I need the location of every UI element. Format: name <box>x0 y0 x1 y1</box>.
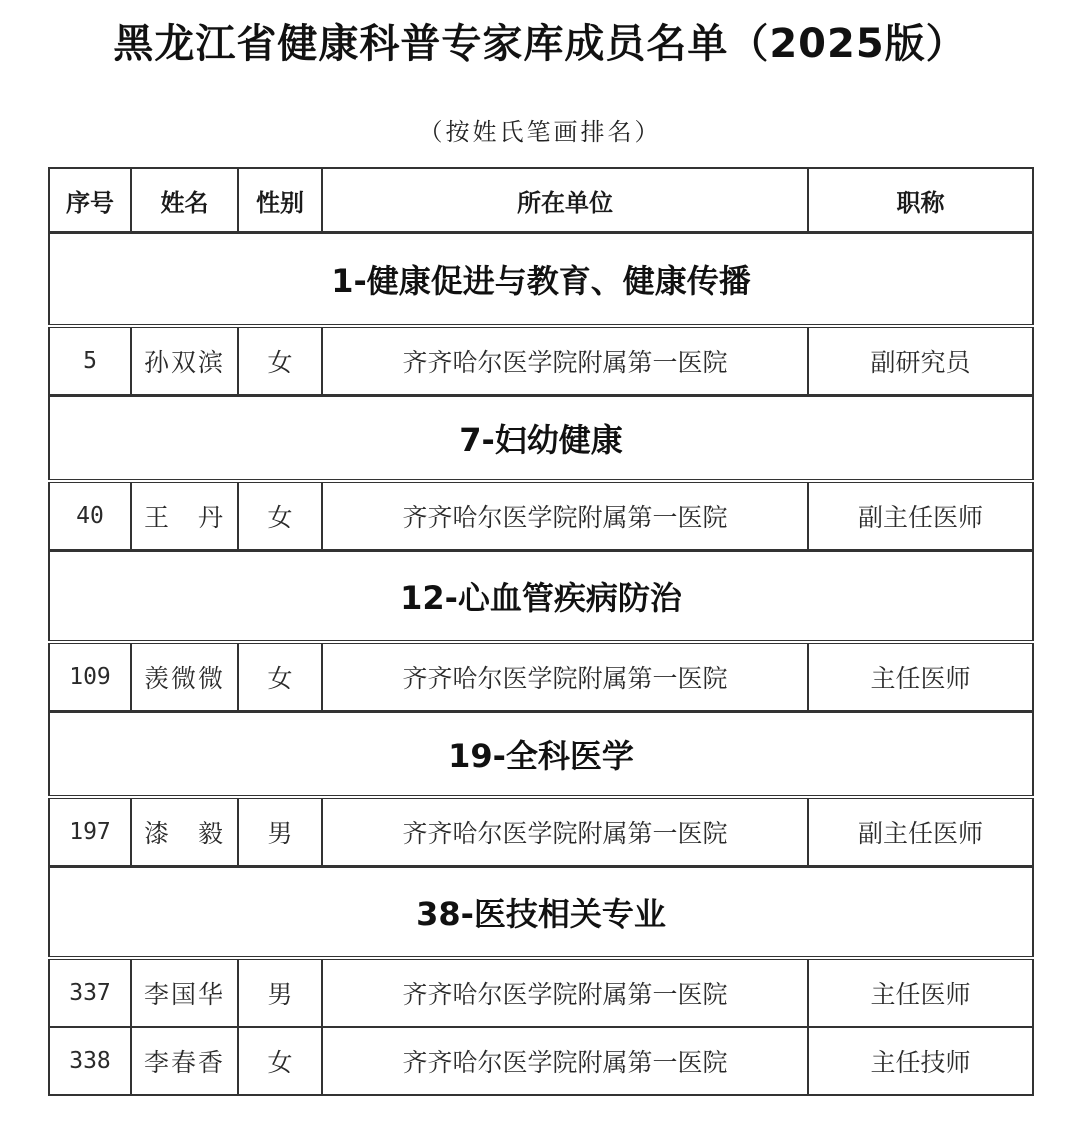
cell-unit: 齐齐哈尔医学院附属第一医院 <box>322 1027 808 1095</box>
cell-unit: 齐齐哈尔医学院附属第一医院 <box>322 481 808 551</box>
cell-index: 337 <box>49 958 131 1027</box>
expert-list-table: 序号 姓名 性别 所在单位 职称 1-健康促进与教育、健康传播5孙双滨女齐齐哈尔… <box>48 167 1034 1096</box>
section-heading-row: 12-心血管疾病防治 <box>49 551 1033 643</box>
section-heading: 7-妇幼健康 <box>49 396 1033 482</box>
cell-name: 漆 毅 <box>131 797 238 867</box>
cell-index: 197 <box>49 797 131 867</box>
table-row: 40王 丹女齐齐哈尔医学院附属第一医院副主任医师 <box>49 481 1033 551</box>
cell-gender: 女 <box>238 326 322 396</box>
cell-name: 李春香 <box>131 1027 238 1095</box>
table-body: 1-健康促进与教育、健康传播5孙双滨女齐齐哈尔医学院附属第一医院副研究员7-妇幼… <box>49 233 1033 1096</box>
cell-gender: 男 <box>238 958 322 1027</box>
cell-unit: 齐齐哈尔医学院附属第一医院 <box>322 797 808 867</box>
section-heading-row: 19-全科医学 <box>49 712 1033 798</box>
section-heading-row: 38-医技相关专业 <box>49 867 1033 959</box>
cell-gender: 男 <box>238 797 322 867</box>
cell-title: 主任医师 <box>808 642 1033 712</box>
header-unit: 所在单位 <box>322 168 808 233</box>
table-header-row: 序号 姓名 性别 所在单位 职称 <box>49 168 1033 233</box>
document-subtitle: （按姓氏笔画排名） <box>0 112 1080 147</box>
cell-index: 109 <box>49 642 131 712</box>
table-row: 5孙双滨女齐齐哈尔医学院附属第一医院副研究员 <box>49 326 1033 396</box>
cell-name: 李国华 <box>131 958 238 1027</box>
document-title: 黑龙江省健康科普专家库成员名单（2025版） <box>0 12 1080 69</box>
cell-index: 338 <box>49 1027 131 1095</box>
header-index: 序号 <box>49 168 131 233</box>
cell-title: 主任医师 <box>808 958 1033 1027</box>
section-heading: 12-心血管疾病防治 <box>49 551 1033 643</box>
cell-gender: 女 <box>238 642 322 712</box>
cell-unit: 齐齐哈尔医学院附属第一医院 <box>322 326 808 396</box>
cell-index: 5 <box>49 326 131 396</box>
table-row: 109羡微微女齐齐哈尔医学院附属第一医院主任医师 <box>49 642 1033 712</box>
header-name: 姓名 <box>131 168 238 233</box>
table-row: 197漆 毅男齐齐哈尔医学院附属第一医院副主任医师 <box>49 797 1033 867</box>
cell-title: 主任技师 <box>808 1027 1033 1095</box>
cell-index: 40 <box>49 481 131 551</box>
section-heading: 38-医技相关专业 <box>49 867 1033 959</box>
cell-name: 孙双滨 <box>131 326 238 396</box>
cell-title: 副主任医师 <box>808 797 1033 867</box>
cell-gender: 女 <box>238 1027 322 1095</box>
cell-unit: 齐齐哈尔医学院附属第一医院 <box>322 642 808 712</box>
cell-title: 副主任医师 <box>808 481 1033 551</box>
cell-title: 副研究员 <box>808 326 1033 396</box>
section-heading-row: 1-健康促进与教育、健康传播 <box>49 233 1033 327</box>
cell-unit: 齐齐哈尔医学院附属第一医院 <box>322 958 808 1027</box>
section-heading-row: 7-妇幼健康 <box>49 396 1033 482</box>
table-row: 337李国华男齐齐哈尔医学院附属第一医院主任医师 <box>49 958 1033 1027</box>
section-heading: 1-健康促进与教育、健康传播 <box>49 233 1033 327</box>
cell-name: 羡微微 <box>131 642 238 712</box>
table-row: 338李春香女齐齐哈尔医学院附属第一医院主任技师 <box>49 1027 1033 1095</box>
header-title: 职称 <box>808 168 1033 233</box>
cell-gender: 女 <box>238 481 322 551</box>
section-heading: 19-全科医学 <box>49 712 1033 798</box>
cell-name: 王 丹 <box>131 481 238 551</box>
header-gender: 性别 <box>238 168 322 233</box>
